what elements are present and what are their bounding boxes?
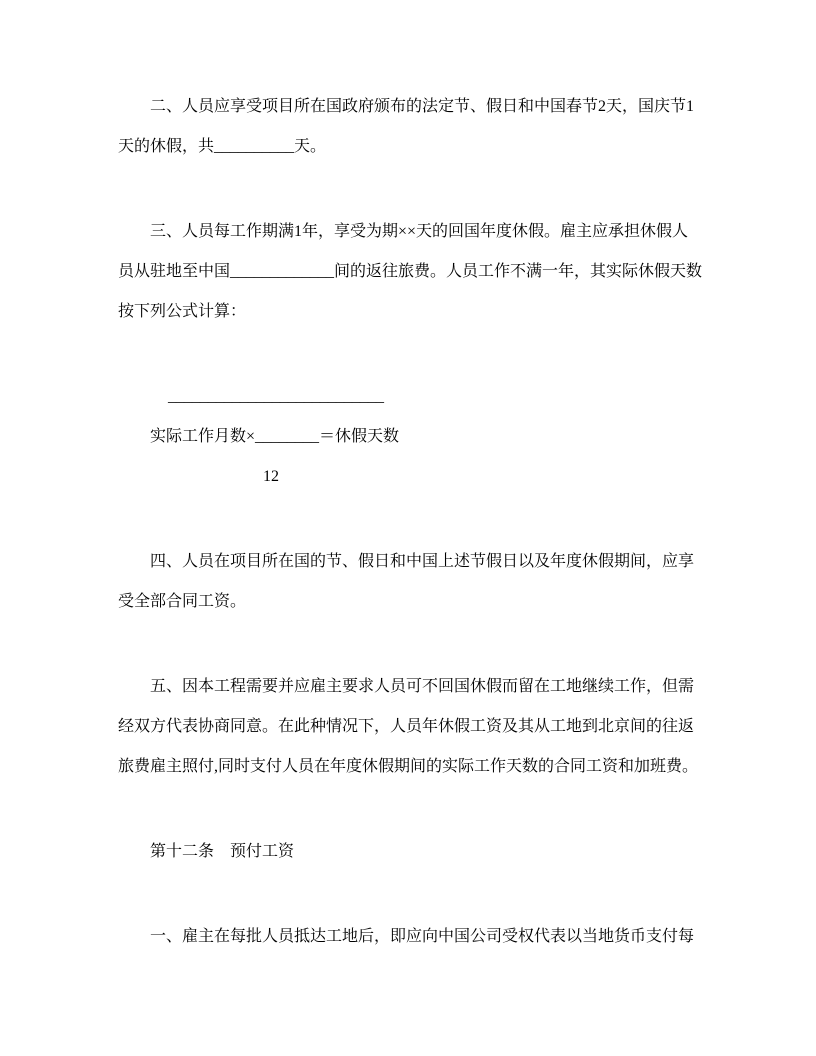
formula-expression-suffix: ＝休假天数 [319,428,399,445]
clause-advance-wage-line1: 一、雇主在每批人员抵达工地后，即应向中国公司受权代表以当地货币支付每 [118,917,698,957]
clause-annual-leave: 三、人员每工作期满1年，享受为期××天的回国年度休假。雇主应承担休假人 员从驻地… [118,212,698,332]
clause-stay-and-work: 五、因本工程需要并应雇主要求人员可不回国休假而留在工地继续工作，但需 经双方代表… [118,667,698,787]
clause-advance-wage: 一、雇主在每批人员抵达工地后，即应向中国公司受权代表以当地货币支付每 [118,917,698,957]
clause-stay-and-work-line1: 五、因本工程需要并应雇主要求人员可不回国休假而留在工地继续工作，但需 [118,667,698,707]
clause-holiday-days: 二、人员应享受项目所在国政府颁布的法定节、假日和中国春节2天，国庆节1 天的休假… [118,87,698,167]
article-12-section: 第十二条 预付工资 [118,832,698,872]
clause-stay-and-work-line3: 旅费雇主照付,同时支付人员在年度休假期间的实际工作天数的合同工资和加班费。 [118,747,698,787]
clause-annual-leave-line3: 按下列公式计算： [118,292,698,332]
formula-numerator-blank: ___________________________ [118,377,698,417]
clause-full-wage-line2: 受全部合同工资。 [118,582,698,622]
contract-document-page: 二、人员应享受项目所在国政府颁布的法定节、假日和中国春节2天，国庆节1 天的休假… [0,0,816,1056]
clause-full-wage-line1: 四、人员在项目所在国的节、假日和中国上述节假日以及年度休假期间，应享 [118,542,698,582]
formula-expression: 实际工作月数×________＝休假天数 [118,417,698,457]
clause-stay-and-work-line2: 经双方代表协商同意。在此种情况下，人员年休假工资及其从工地到北京间的往返 [118,707,698,747]
clause-full-wage: 四、人员在项目所在国的节、假日和中国上述节假日以及年度休假期间，应享 受全部合同… [118,542,698,622]
clause-annual-leave-line1: 三、人员每工作期满1年，享受为期××天的回国年度休假。雇主应承担休假人 [118,212,698,252]
clause-holiday-days-line1: 二、人员应享受项目所在国政府颁布的法定节、假日和中国春节2天，国庆节1 [118,87,698,127]
clause-annual-leave-line2: 员从驻地至中国_____________间的返往旅费。人员工作不满一年，其实际休… [118,252,698,292]
clause-holiday-days-line2: 天的休假，共__________天。 [118,127,698,167]
formula-expression-prefix: 实际工作月数× [150,428,255,445]
formula-expression-blank: ________ [255,428,319,445]
formula-denominator: 12 [118,457,698,497]
article-12-heading: 第十二条 预付工资 [118,832,698,872]
vacation-formula: ___________________________ 实际工作月数×_____… [118,377,698,497]
